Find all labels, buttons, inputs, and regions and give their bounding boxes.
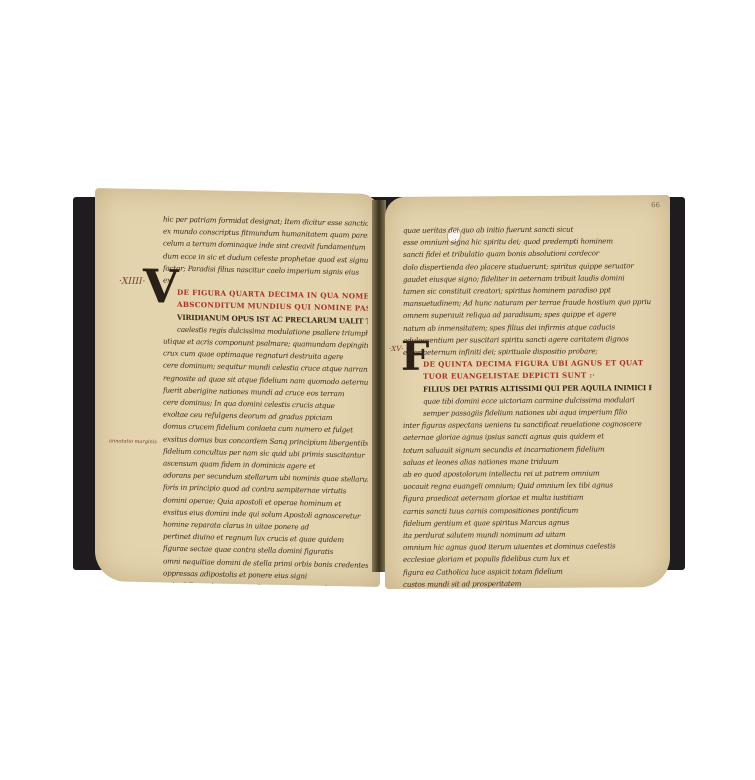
text-line: adulescentium per suscitari spiritu sanc… [403,333,652,347]
folio-number: 66 [651,201,660,209]
margin-note: annotatio marginis [109,438,157,445]
left-page-text: hic per patriam formidat designat; Item … [163,213,368,587]
left-page: ·XIIII· V annotatio marginis hic per pat… [95,188,380,587]
margin-numeral: ·XIIII· [119,277,145,288]
right-page: 66 ·XV· F quae ueritas dei quo ab initio… [385,195,670,589]
text-line: gaudet eiusque signo; fideliter in aeter… [403,272,652,286]
rubric-line: DE QUINTA DECIMA FIGURA UBI AGNUS ET QUA… [403,357,652,371]
text-line: inter figuras aspectans ueniens tu sanct… [403,418,652,432]
text-line: custos mundi sit ad prosperitatem [403,577,652,589]
right-page-text: quae ueritas dei quo ab initio fuerunt s… [403,223,652,589]
book-spine [372,200,386,572]
text-line: omnium hic agnus quod iterum uiuentes et… [403,540,652,554]
